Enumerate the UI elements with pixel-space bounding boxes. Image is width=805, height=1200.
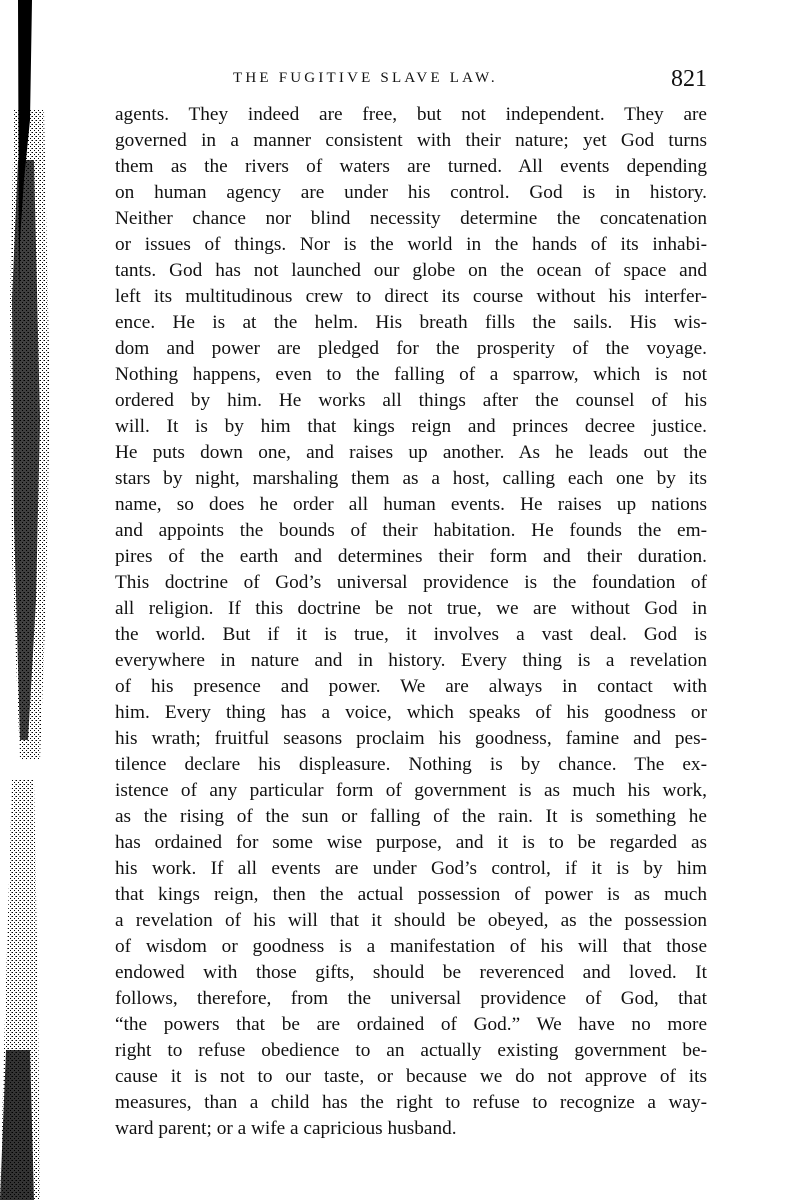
text-line: follows, therefore, from the universal p… [115,986,707,1012]
text-line: ordered by him. He works all things afte… [115,388,707,414]
text-line: on human agency are under his control. G… [115,180,707,206]
text-line: governed in a manner consistent with the… [115,128,707,154]
text-line: He puts down one, and raises up another.… [115,440,707,466]
text-line: name, so does he order all human events.… [115,492,707,518]
text-line: of wisdom or goodness is a manifestation… [115,934,707,960]
text-line: “the powers that be are ordained of God.… [115,1012,707,1038]
text-line: everywhere in nature and in history. Eve… [115,648,707,674]
text-line: will. It is by him that kings reign and … [115,414,707,440]
text-line: of his presence and power. We are always… [115,674,707,700]
book-page: THE FUGITIVE SLAVE LAW. 821 agents. They… [115,66,707,1142]
text-line: tilence declare his displeasure. Nothing… [115,752,707,778]
text-line: ence. He is at the helm. His breath fill… [115,310,707,336]
text-line: as the rising of the sun or falling of t… [115,804,707,830]
text-line: them as the rivers of waters are turned.… [115,154,707,180]
text-line: Nothing happens, even to the falling of … [115,362,707,388]
text-line: Neither chance nor blind necessity deter… [115,206,707,232]
text-line: and appoints the bounds of their habitat… [115,518,707,544]
text-line: stars by night, marshaling them as a hos… [115,466,707,492]
text-line: or issues of things. Nor is the world in… [115,232,707,258]
text-line: dom and power are pledged for the prospe… [115,336,707,362]
text-line: istence of any particular form of govern… [115,778,707,804]
text-line: that kings reign, then the actual posses… [115,882,707,908]
running-header: THE FUGITIVE SLAVE LAW. 821 [115,66,707,102]
text-line: his work. If all events are under God’s … [115,856,707,882]
page-number: 821 [671,66,707,93]
text-line: This doctrine of God’s universal provide… [115,570,707,596]
text-line: measures, than a child has the right to … [115,1090,707,1116]
page-binding-shadow [0,0,60,1200]
text-line: ward parent; or a wife a capricious husb… [115,1116,707,1142]
text-line: pires of the earth and determines their … [115,544,707,570]
text-line: has ordained for some wise purpose, and … [115,830,707,856]
running-title: THE FUGITIVE SLAVE LAW. [233,70,498,87]
text-line: endowed with those gifts, should be reve… [115,960,707,986]
text-line: left its multitudinous crew to direct it… [115,284,707,310]
text-line: all religion. If this doctrine be not tr… [115,596,707,622]
text-line: tants. God has not launched our globe on… [115,258,707,284]
text-line: right to refuse obedience to an actually… [115,1038,707,1064]
text-line: agents. They indeed are free, but not in… [115,102,707,128]
text-line: his wrath; fruitful seasons proclaim his… [115,726,707,752]
text-line: cause it is not to our taste, or because… [115,1064,707,1090]
text-line: the world. But if it is true, it involve… [115,622,707,648]
body-paragraph: agents. They indeed are free, but not in… [115,102,707,1142]
text-line: a revelation of his will that it should … [115,908,707,934]
text-line: him. Every thing has a voice, which spea… [115,700,707,726]
